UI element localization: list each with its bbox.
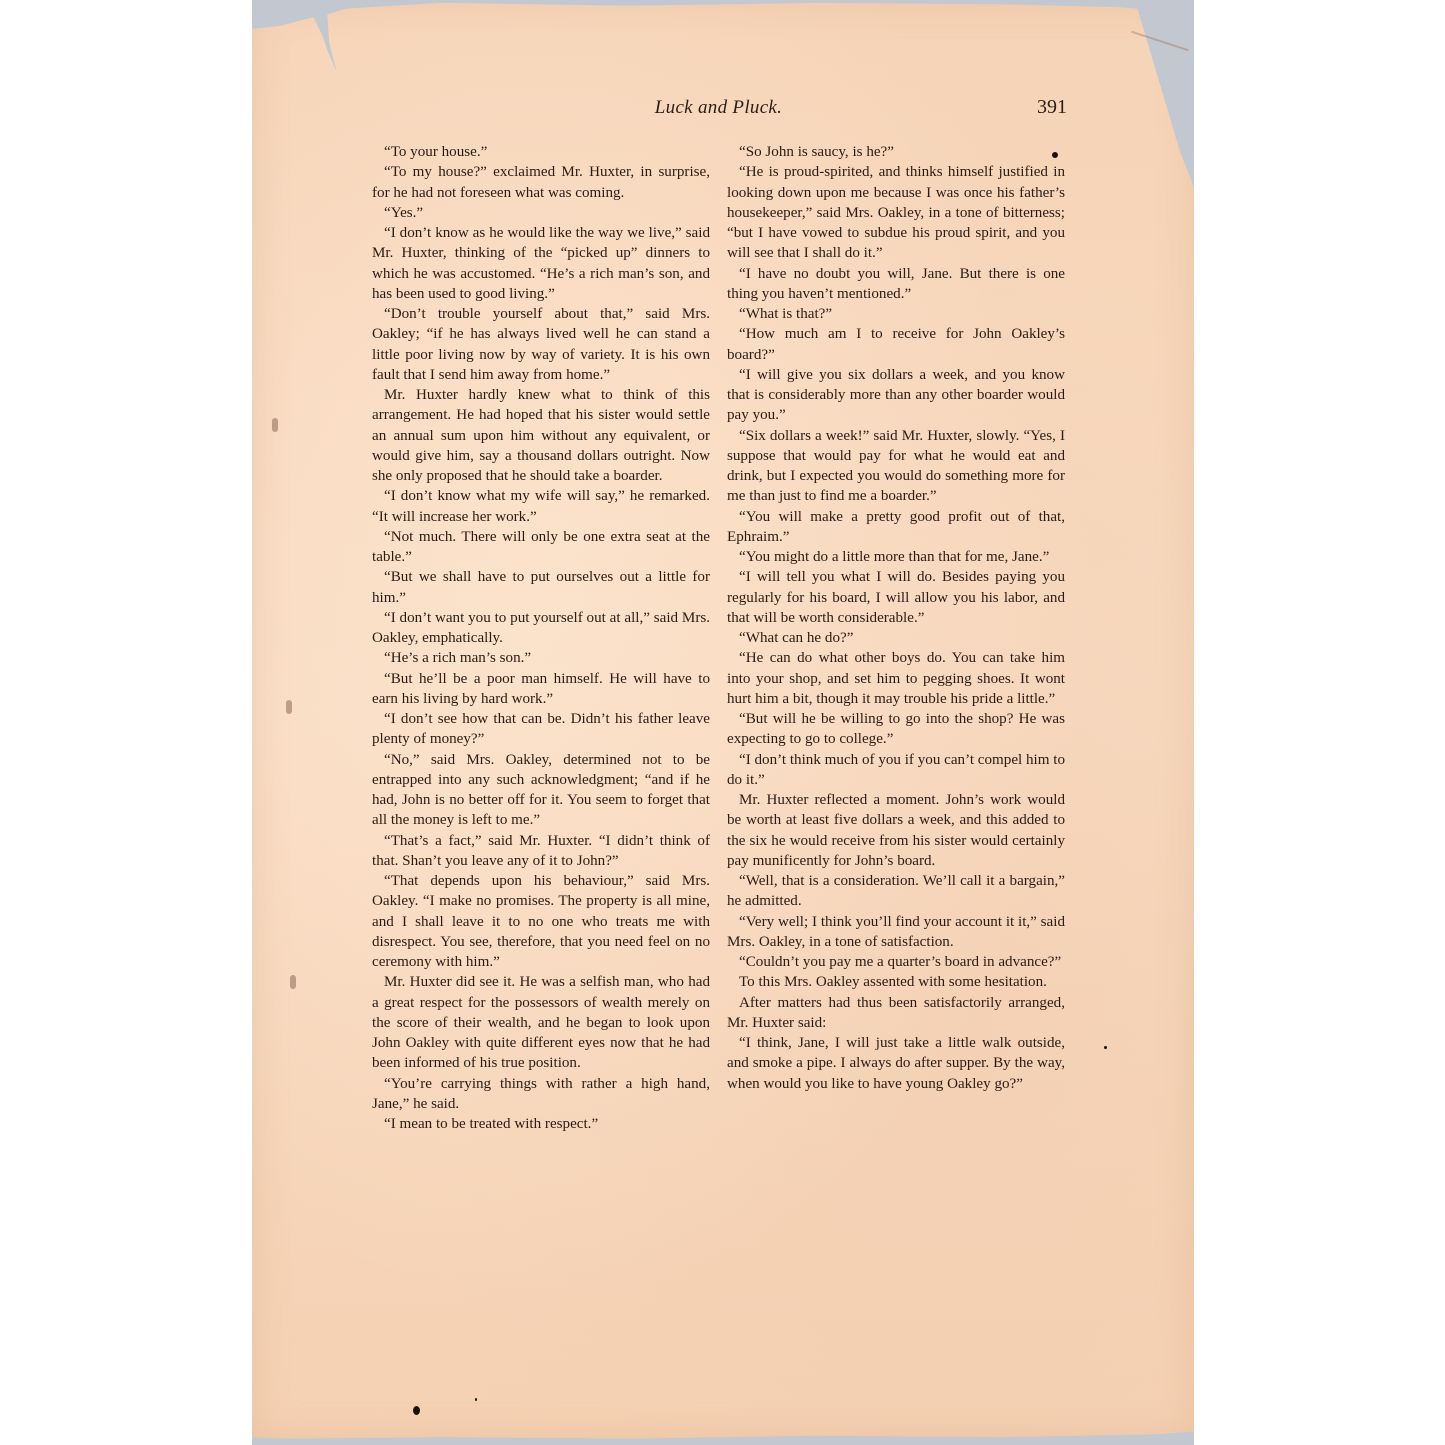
paragraph: “You will make a pretty good profit out … (727, 507, 1065, 548)
paragraph: “To my house?” exclaimed Mr. Huxter, in … (372, 162, 710, 203)
paragraph: “I don’t know as he would like the way w… (372, 223, 710, 304)
paragraph: “He can do what other boys do. You can t… (727, 648, 1065, 709)
paragraph: “Couldn’t you pay me a quarter’s board i… (727, 952, 1065, 972)
paragraph: “You’re carrying things with rather a hi… (372, 1074, 710, 1115)
paragraph: “I mean to be treated with respect.” (372, 1114, 710, 1134)
paragraph: Mr. Huxter did see it. He was a selfish … (372, 972, 710, 1073)
paragraph: “I think, Jane, I will just take a littl… (727, 1033, 1065, 1094)
paragraph: “I don’t see how that can be. Didn’t his… (372, 709, 710, 750)
paragraph: “Well, that is a consideration. We’ll ca… (727, 871, 1065, 912)
paragraph: “Six dollars a week!” said Mr. Huxter, s… (727, 426, 1065, 507)
paragraph: To this Mrs. Oakley assented with some h… (727, 972, 1065, 992)
paragraph: “Don’t trouble yourself about that,” sai… (372, 304, 710, 385)
paragraph: “That depends upon his behaviour,” said … (372, 871, 710, 972)
page-number: 391 (1037, 96, 1067, 119)
paragraph: “But we shall have to put ourselves out … (372, 567, 710, 608)
ink-spot (1104, 1046, 1107, 1049)
paragraph: “I don’t know what my wife will say,” he… (372, 486, 710, 527)
paragraph: “What is that?” (727, 304, 1065, 324)
paragraph: Mr. Huxter hardly knew what to think of … (372, 385, 710, 486)
binding-hole (286, 700, 292, 714)
running-title: Luck and Pluck. (370, 97, 1067, 119)
paragraph: “You might do a little more than that fo… (727, 547, 1065, 567)
binding-hole (272, 418, 278, 432)
paragraph: “I have no doubt you will, Jane. But the… (727, 264, 1065, 305)
paragraph: “He’s a rich man’s son.” (372, 648, 710, 668)
paragraph: “That’s a fact,” said Mr. Huxter. “I did… (372, 831, 710, 872)
paragraph: After matters had thus been satisfactori… (727, 993, 1065, 1034)
paragraph: Mr. Huxter reflected a moment. John’s wo… (727, 790, 1065, 871)
paragraph: “So John is saucy, is he?” (727, 142, 1065, 162)
paragraph: “He is proud-spirited, and thinks himsel… (727, 162, 1065, 263)
paragraph: “I will tell you what I will do. Besides… (727, 567, 1065, 628)
paragraph: “What can he do?” (727, 628, 1065, 648)
paragraph: “Not much. There will only be one extra … (372, 527, 710, 568)
paragraph: “Yes.” (372, 203, 710, 223)
paragraph: “I will give you six dollars a week, and… (727, 365, 1065, 426)
paragraph: “How much am I to receive for John Oakle… (727, 324, 1065, 365)
paragraph: “No,” said Mrs. Oakley, determined not t… (372, 750, 710, 831)
left-column: “To your house.” “To my house?” exclaime… (372, 142, 710, 1134)
page-header: Luck and Pluck. 391 (370, 95, 1067, 127)
paragraph: “To your house.” (372, 142, 710, 162)
ink-spot (475, 1398, 477, 1401)
paragraph: “I don’t want you to put yourself out at… (372, 608, 710, 649)
paragraph: “I don’t think much of you if you can’t … (727, 750, 1065, 791)
paragraph: “But he’ll be a poor man himself. He wil… (372, 669, 710, 710)
paragraph: “But will he be willing to go into the s… (727, 709, 1065, 750)
ink-spot (413, 1406, 420, 1415)
paragraph: “Very well; I think you’ll find your ac­… (727, 912, 1065, 953)
ink-spot (1052, 152, 1058, 158)
right-column: “So John is saucy, is he?” “He is proud-… (727, 142, 1065, 1094)
binding-hole (290, 975, 296, 989)
